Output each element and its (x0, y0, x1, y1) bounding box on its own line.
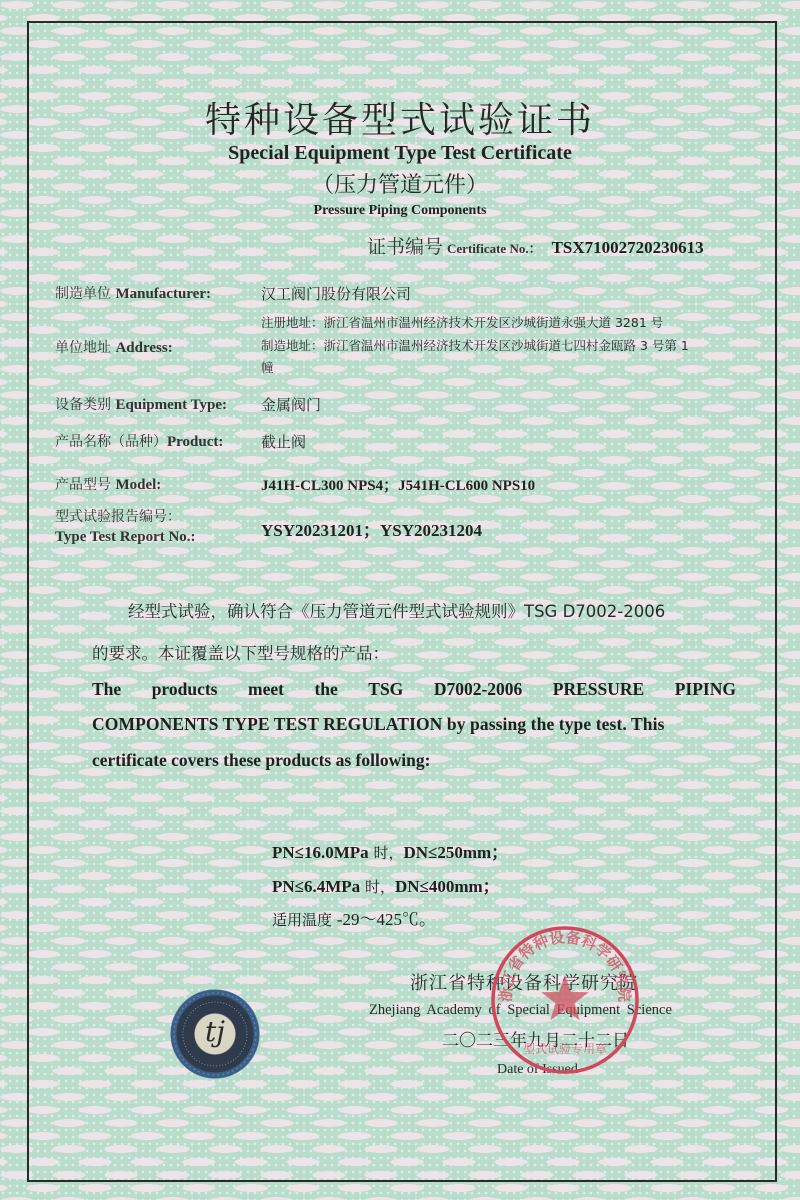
certificate-number: 证书编号Certificate No.：TSX71002720230613 (367, 232, 704, 259)
model-value: J41H-CL300 NPS4；J541H-CL600 NPS10 (261, 474, 535, 495)
hologram-seal: tj (170, 989, 260, 1079)
statement-word: D7002-2006 (434, 679, 522, 700)
product-value: 截止阀 (261, 431, 306, 452)
report-no-value: YSY20231201；YSY20231204 (261, 516, 482, 541)
statement-word: The (92, 679, 121, 700)
certificate-title-en: Special Equipment Type Test Certificate (0, 142, 800, 165)
cert-no-label-en: Certificate No.： (447, 241, 542, 256)
report-no-label-en: Type Test Report No.: (55, 529, 196, 546)
statement-en-line2: COMPONENTS TYPE TEST REGULATION by passi… (92, 714, 736, 735)
equipment-type-label-en: Equipment Type: (115, 397, 227, 413)
manufacturer-label: 制造单位 Manufacturer: (55, 283, 211, 303)
spec-row-2: PN≤6.4MPa 时，DN≤400mm； (272, 872, 500, 897)
stamp-inner-text: 型式试验专用章 (523, 1041, 607, 1056)
statement-word: PIPING (675, 679, 736, 700)
temperature-value: -29～425℃。 (337, 910, 436, 929)
spec-row-1: PN≤16.0MPa 时，DN≤250mm； (272, 838, 508, 863)
model-label-en: Model: (115, 477, 161, 493)
certificate-subtitle-en: Pressure Piping Components (0, 203, 800, 219)
statement-word: TSG (368, 679, 403, 700)
product-label-en: Product: (167, 434, 223, 450)
temperature-row: 适用温度 -29～425℃。 (272, 905, 436, 930)
spec-2-connector: 时， (360, 878, 395, 896)
manufacturer-label-en: Manufacturer: (115, 286, 211, 302)
product-label-cn: 产品名称（品种） (55, 434, 167, 450)
temperature-label: 适用温度 (272, 911, 337, 929)
manufacturing-address-line1: 制造地址：浙江省温州市温州经济技术开发区沙城街道七四村金瓯路 3 号第 1 (261, 336, 689, 354)
report-no-label-cn: 型式试验报告编号： (55, 506, 181, 526)
statement-en-line3: certificate covers these products as fol… (92, 750, 736, 771)
cert-no-value: TSX71002720230613 (552, 238, 704, 257)
report-no-label-cn-text: 型式试验报告编号： (55, 509, 181, 525)
statement-word: meet (248, 679, 284, 700)
statement-word: products (152, 679, 218, 700)
model-label-cn: 产品型号 (55, 477, 111, 493)
spec-1-connector: 时， (369, 844, 404, 862)
hologram-logo: tj (170, 1015, 260, 1048)
equipment-type-value: 金属阀门 (261, 394, 321, 415)
statement-word: the (314, 679, 337, 700)
report-no-label-en-text: Type Test Report No.: (55, 529, 196, 545)
spec-1-diameter: DN≤250mm； (403, 843, 508, 862)
star-icon (541, 975, 589, 1020)
certificate-title-cn: 特种设备型式试验证书 (0, 92, 800, 143)
manufacturing-address-line2: 幢 (261, 358, 274, 376)
official-stamp: 浙江省特种设备科学研究院 型式试验专用章 (490, 925, 640, 1075)
address-label-cn: 单位地址 (55, 340, 111, 356)
model-label: 产品型号 Model: (55, 474, 161, 494)
spec-1-pressure: PN≤16.0MPa (272, 843, 369, 862)
spec-2-diameter: DN≤400mm； (395, 877, 500, 896)
address-label-en: Address: (115, 340, 172, 356)
manufacturer-value: 汉工阀门股份有限公司 (261, 283, 411, 304)
manufacturer-label-cn: 制造单位 (55, 286, 111, 302)
cert-no-label-cn: 证书编号 (367, 236, 443, 258)
statement-cn-line2: 的要求。本证覆盖以下型号规格的产品： (92, 640, 389, 664)
certificate-subtitle-cn: （压力管道元件） (0, 168, 800, 199)
equipment-type-label-cn: 设备类别 (55, 397, 111, 413)
spec-2-pressure: PN≤6.4MPa (272, 877, 360, 896)
address-label: 单位地址 Address: (55, 337, 173, 357)
statement-word: PRESSURE (553, 679, 644, 700)
statement-en-line1: TheproductsmeettheTSGD7002-2006PRESSUREP… (92, 679, 736, 700)
registered-address: 注册地址：浙江省温州市温州经济技术开发区沙城街道永强大道 3281 号 (261, 313, 663, 331)
product-label: 产品名称（品种）Product: (55, 431, 223, 451)
equipment-type-label: 设备类别 Equipment Type: (55, 394, 227, 414)
statement-cn-line1: 经型式试验，确认符合《压力管道元件型式试验规则》TSG D7002-2006 (128, 598, 665, 622)
